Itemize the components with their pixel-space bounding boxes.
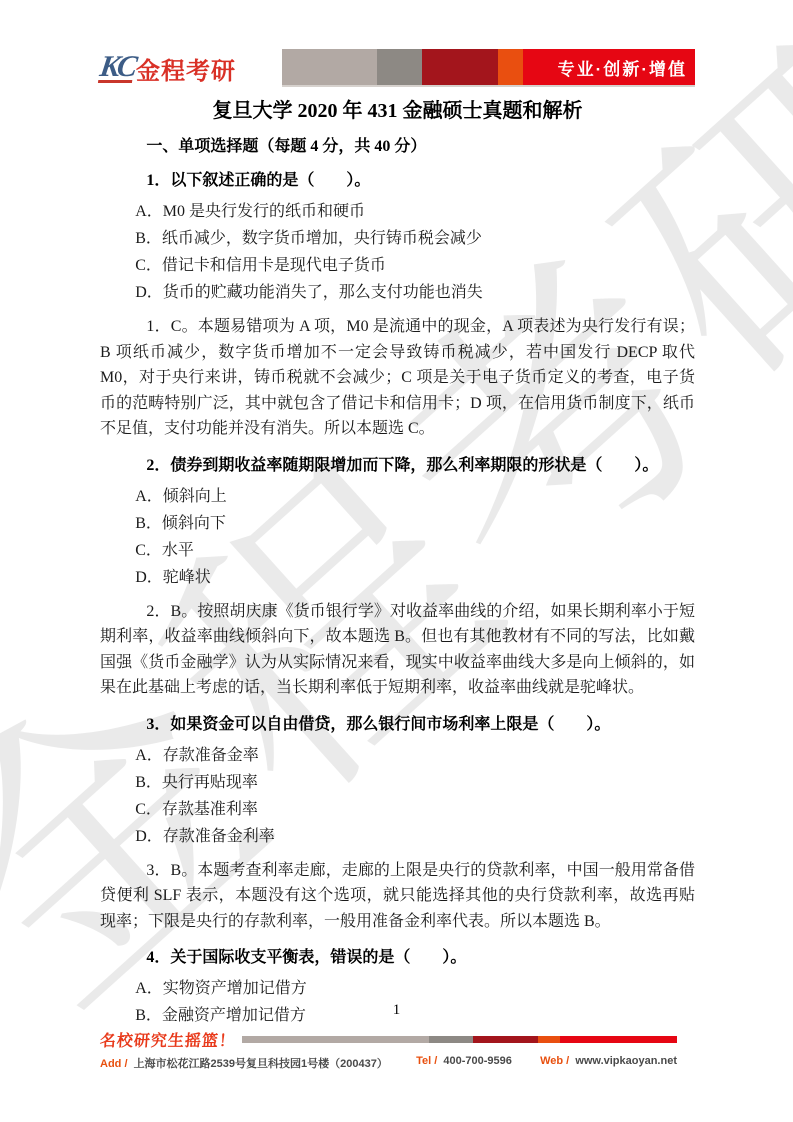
- header-banner: 专业·创新·增值: [282, 49, 695, 87]
- question-2-explanation: 2．B。按照胡庆康《货币银行学》对收益率曲线的介绍，如果长期利率小于短期利率，收…: [100, 599, 695, 701]
- kcy-logo: KC 金程考研: [100, 48, 282, 88]
- question-1-explanation: 1．C。本题易错项为 A 项，M0 是流通中的现金，A 项表述为央行发行有误；B…: [100, 314, 695, 442]
- kcy-logo-text: 金程考研: [136, 51, 236, 86]
- footer-bar-segment-lightgray: [242, 1036, 429, 1043]
- page-footer: 名校研究生摇篮！ Add / 上海市松花江路2539号复旦科技园1号楼（2004…: [100, 1028, 677, 1071]
- question-2: 2．债券到期收益率随期限增加而下降，那么利率期限的形状是（ ）。 A．倾斜向上 …: [100, 455, 695, 701]
- footer-address-label: Add /: [100, 1058, 128, 1070]
- footer-bar-segment-gray: [429, 1036, 472, 1043]
- banner-segment-gray: [377, 49, 422, 85]
- question-1-option-b: B．纸币减少，数字货币增加，央行铸币税会减少: [100, 229, 695, 248]
- question-1-stem: 1．以下叙述正确的是（ ）。: [100, 170, 695, 191]
- banner-segment-orange: [498, 49, 523, 85]
- question-2-option-c: C．水平: [100, 541, 695, 560]
- footer-web-label: Web /: [540, 1055, 569, 1067]
- banner-segment-lightgray: [282, 49, 377, 85]
- question-1: 1．以下叙述正确的是（ ）。 A．M0 是央行发行的纸币和硬币 B．纸币减少，数…: [100, 170, 695, 442]
- section-heading: 一、单项选择题（每题 4 分，共 40 分）: [100, 136, 695, 157]
- question-3-option-a: A．存款准备金率: [100, 746, 695, 765]
- footer-bar-segment-red: [560, 1036, 678, 1043]
- question-2-option-d: D．驼峰状: [100, 568, 695, 587]
- footer-web: Web / www.vipkaoyan.net: [540, 1055, 677, 1071]
- footer-address: Add / 上海市松花江路2539号复旦科技园1号楼（200437）: [100, 1055, 388, 1071]
- question-2-option-a: A．倾斜向上: [100, 487, 695, 506]
- question-1-option-a: A．M0 是央行发行的纸币和硬币: [100, 202, 695, 221]
- footer-bar-segment-darkred: [473, 1036, 538, 1043]
- question-1-option-c: C．借记卡和信用卡是现代电子货币: [100, 256, 695, 275]
- page-header: KC 金程考研 专业·创新·增值: [100, 48, 695, 88]
- banner-segment-darkred: [422, 49, 498, 85]
- question-2-option-b: B．倾斜向下: [100, 514, 695, 533]
- question-1-option-d: D．货币的贮藏功能消失了，那么支付功能也消失: [100, 283, 695, 302]
- document-page: 金程考研 KC 金程考研 专业·创新·增值 复旦大学 2020 年 431 金融…: [0, 0, 793, 1122]
- footer-bar-segment-orange: [538, 1036, 560, 1043]
- footer-tel-label: Tel /: [416, 1055, 437, 1067]
- banner-segment-red: 专业·创新·增值: [523, 49, 695, 85]
- page-number: 1: [0, 1002, 793, 1019]
- header-slogan: 专业·创新·增值: [558, 55, 695, 80]
- question-3-stem: 3．如果资金可以自由借贷，那么银行间市场利率上限是（ ）。: [100, 714, 695, 735]
- kcy-logo-mark-icon: KC: [98, 53, 136, 83]
- document-title: 复旦大学 2020 年 431 金融硕士真题和解析: [100, 98, 695, 124]
- footer-slogan: 名校研究生摇篮！: [99, 1028, 237, 1051]
- footer-tel: Tel / 400-700-9596: [416, 1055, 512, 1071]
- footer-tel-value: 400-700-9596: [443, 1055, 512, 1067]
- footer-address-value: 上海市松花江路2539号复旦科技园1号楼（200437）: [134, 1058, 388, 1070]
- question-2-stem: 2．债券到期收益率随期限增加而下降，那么利率期限的形状是（ ）。: [100, 455, 695, 476]
- question-4-stem: 4．关于国际收支平衡表，错误的是（ ）。: [100, 947, 695, 968]
- question-3: 3．如果资金可以自由借贷，那么银行间市场利率上限是（ ）。 A．存款准备金率 B…: [100, 714, 695, 935]
- question-3-option-d: D．存款准备金利率: [100, 827, 695, 846]
- question-3-option-b: B．央行再贴现率: [100, 773, 695, 792]
- footer-bar: [242, 1036, 677, 1043]
- question-3-option-c: C．存款基准利率: [100, 800, 695, 819]
- question-3-explanation: 3．B。本题考查利率走廊，走廊的上限是央行的贷款利率，中国一般用常备借贷便利 S…: [100, 858, 695, 935]
- footer-contact-row: Add / 上海市松花江路2539号复旦科技园1号楼（200437） Tel /…: [100, 1055, 677, 1071]
- footer-web-value: www.vipkaoyan.net: [575, 1055, 677, 1067]
- footer-top-row: 名校研究生摇篮！: [100, 1028, 677, 1051]
- question-4-option-a: A．实物资产增加记借方: [100, 979, 695, 998]
- page-content: KC 金程考研 专业·创新·增值 复旦大学 2020 年 431 金融硕士真题和…: [0, 0, 793, 1025]
